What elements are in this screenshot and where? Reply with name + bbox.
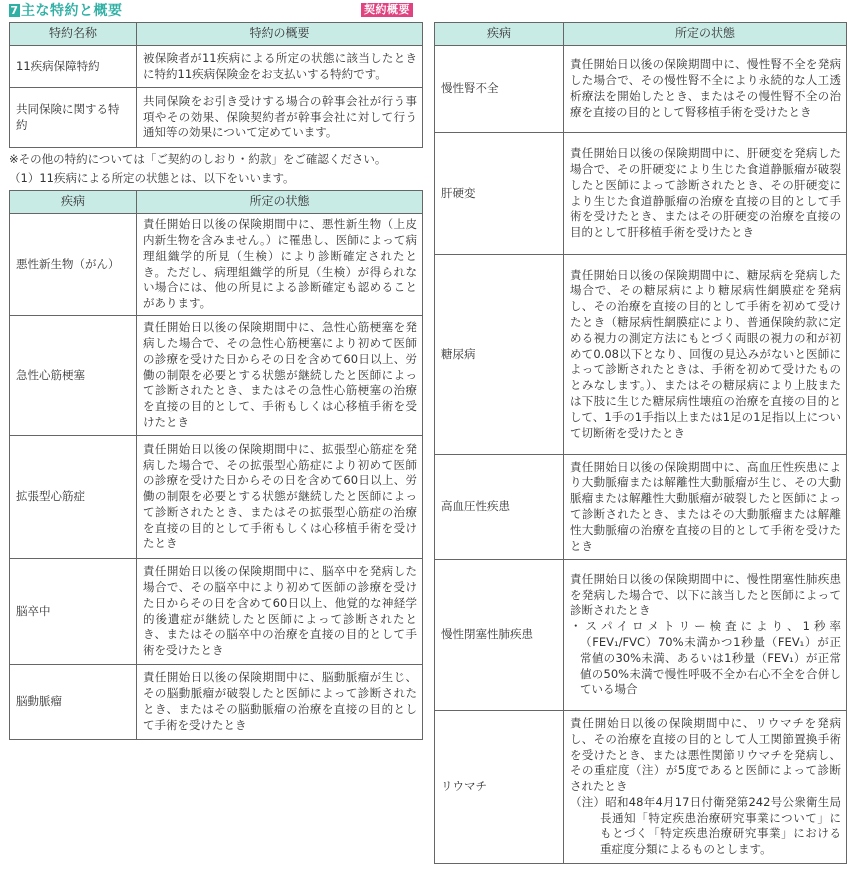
disease-table-left: 疾病 所定の状態 悪性新生物（がん） 責任開始日以後の保険期間中に、悪性新生物（…	[9, 190, 423, 740]
disease-condition: 責任開始日以後の保険期間中に、糖尿病を発病した場合で、その糖尿病により糖尿病性網…	[564, 255, 847, 455]
table-row: 悪性新生物（がん） 責任開始日以後の保険期間中に、悪性新生物（上皮内新生物を含み…	[10, 214, 423, 316]
section-title: 7 主な特約と概要	[9, 1, 123, 19]
disease-condition: 責任開始日以後の保険期間中に、悪性新生物（上皮内新生物を含みません。）に罹患し、…	[137, 214, 423, 316]
rider-name: 11疾病保障特約	[10, 46, 137, 88]
riders-table: 特約名称 特約の概要 11疾病保障特約 被保険者が11疾病による所定の状態に該当…	[9, 22, 423, 148]
table-header-row: 疾病 所定の状態	[435, 23, 847, 46]
table-row: 脳卒中 責任開始日以後の保険期間中に、脳卒中を発病した場合で、その脳卒中により初…	[10, 559, 423, 665]
disease-condition: 責任開始日以後の保険期間中に、高血圧性疾患により大動脈瘤または解離性大動脈瘤が生…	[564, 455, 847, 560]
disease-condition: 責任開始日以後の保険期間中に、肝硬変を発病した場合で、その肝硬変により生じた食道…	[564, 133, 847, 255]
disease-condition: 責任開始日以後の保険期間中に、拡張型心筋症を発病した場合で、その拡張型心筋症によ…	[137, 436, 423, 559]
table-row: 11疾病保障特約 被保険者が11疾病による所定の状態に該当したときに特約11疾病…	[10, 46, 423, 88]
spirometry-criteria: ・スパイロメトリー検査により、1秒率（FEV₁/FVC）70%未満かつ1秒量（F…	[570, 619, 841, 698]
definition-intro: （1）11疾病による所定の状態とは、以下をいいます。	[9, 170, 295, 186]
table-header-row: 疾病 所定の状態	[10, 191, 423, 214]
section-number: 7	[9, 4, 20, 17]
column-header: 特約名称	[10, 23, 137, 46]
rider-name: 共同保険に関する特約	[10, 88, 137, 148]
disease-name: 肝硬変	[435, 133, 564, 255]
rider-summary: 被保険者が11疾病による所定の状態に該当したときに特約11疾病保険金をお支払いす…	[137, 46, 423, 88]
disease-condition-cell: 責任開始日以後の保険期間中に、慢性閉塞性肺疾患を発病した場合で、以下に該当したと…	[564, 560, 847, 711]
disease-condition: 責任開始日以後の保険期間中に、慢性閉塞性肺疾患を発病した場合で、以下に該当したと…	[570, 572, 841, 618]
disease-name: 急性心筋梗塞	[10, 316, 137, 436]
disease-name: 慢性閉塞性肺疾患	[435, 560, 564, 711]
table-row: 共同保険に関する特約 共同保険をお引き受けする場合の幹事会社が行う事項やその効果…	[10, 88, 423, 148]
other-riders-note: ※その他の特約については「ご契約のしおり・約款」をご確認ください。	[9, 151, 386, 167]
table-header-row: 特約名称 特約の概要	[10, 23, 423, 46]
disease-table-right: 疾病 所定の状態 慢性腎不全 責任開始日以後の保険期間中に、慢性腎不全を発病した…	[434, 22, 847, 864]
column-header: 所定の状態	[564, 23, 847, 46]
table-row: 高血圧性疾患 責任開始日以後の保険期間中に、高血圧性疾患により大動脈瘤または解離…	[435, 455, 847, 560]
disease-name: 脳卒中	[10, 559, 137, 665]
column-header: 特約の概要	[137, 23, 423, 46]
table-row: 慢性腎不全 責任開始日以後の保険期間中に、慢性腎不全を発病した場合で、その慢性腎…	[435, 46, 847, 133]
table-row: 慢性閉塞性肺疾患 責任開始日以後の保険期間中に、慢性閉塞性肺疾患を発病した場合で…	[435, 560, 847, 711]
table-row: 脳動脈瘤 責任開始日以後の保険期間中に、脳動脈瘤が生じ、その脳動脈瘤が破裂したと…	[10, 665, 423, 740]
table-row: 拡張型心筋症 責任開始日以後の保険期間中に、拡張型心筋症を発病した場合で、その拡…	[10, 436, 423, 559]
table-row: 急性心筋梗塞 責任開始日以後の保険期間中に、急性心筋梗塞を発病した場合で、その急…	[10, 316, 423, 436]
disease-condition: 責任開始日以後の保険期間中に、リウマチを発病し、その治療を直接の目的として人工関…	[570, 716, 841, 793]
column-header: 所定の状態	[137, 191, 423, 214]
disease-name: 悪性新生物（がん）	[10, 214, 137, 316]
disease-condition: 責任開始日以後の保険期間中に、脳動脈瘤が生じ、その脳動脈瘤が破裂したと医師によっ…	[137, 665, 423, 740]
disease-name: 高血圧性疾患	[435, 455, 564, 560]
disease-name: 拡張型心筋症	[10, 436, 137, 559]
severity-note: （注）昭和48年4月17日付衛発第242号公衆衛生局長通知「特定疾患治療研究事業…	[570, 795, 841, 858]
disease-name: 慢性腎不全	[435, 46, 564, 133]
disease-name: 脳動脈瘤	[10, 665, 137, 740]
rider-summary: 共同保険をお引き受けする場合の幹事会社が行う事項やその効果、保険契約者が幹事会社…	[137, 88, 423, 148]
disease-condition: 責任開始日以後の保険期間中に、慢性腎不全を発病した場合で、その慢性腎不全により永…	[564, 46, 847, 133]
disease-condition-cell: 責任開始日以後の保険期間中に、リウマチを発病し、その治療を直接の目的として人工関…	[564, 711, 847, 864]
disease-name: リウマチ	[435, 711, 564, 864]
section-title-text: 主な特約と概要	[21, 0, 123, 20]
column-header: 疾病	[10, 191, 137, 214]
disease-condition: 責任開始日以後の保険期間中に、脳卒中を発病した場合で、その脳卒中により初めて医師…	[137, 559, 423, 665]
column-header: 疾病	[435, 23, 564, 46]
disease-condition: 責任開始日以後の保険期間中に、急性心筋梗塞を発病した場合で、その急性心筋梗塞によ…	[137, 316, 423, 436]
table-row: 肝硬変 責任開始日以後の保険期間中に、肝硬変を発病した場合で、その肝硬変により生…	[435, 133, 847, 255]
contract-summary-badge: 契約概要	[361, 3, 413, 17]
table-row: リウマチ 責任開始日以後の保険期間中に、リウマチを発病し、その治療を直接の目的と…	[435, 711, 847, 864]
disease-name: 糖尿病	[435, 255, 564, 455]
table-row: 糖尿病 責任開始日以後の保険期間中に、糖尿病を発病した場合で、その糖尿病により糖…	[435, 255, 847, 455]
